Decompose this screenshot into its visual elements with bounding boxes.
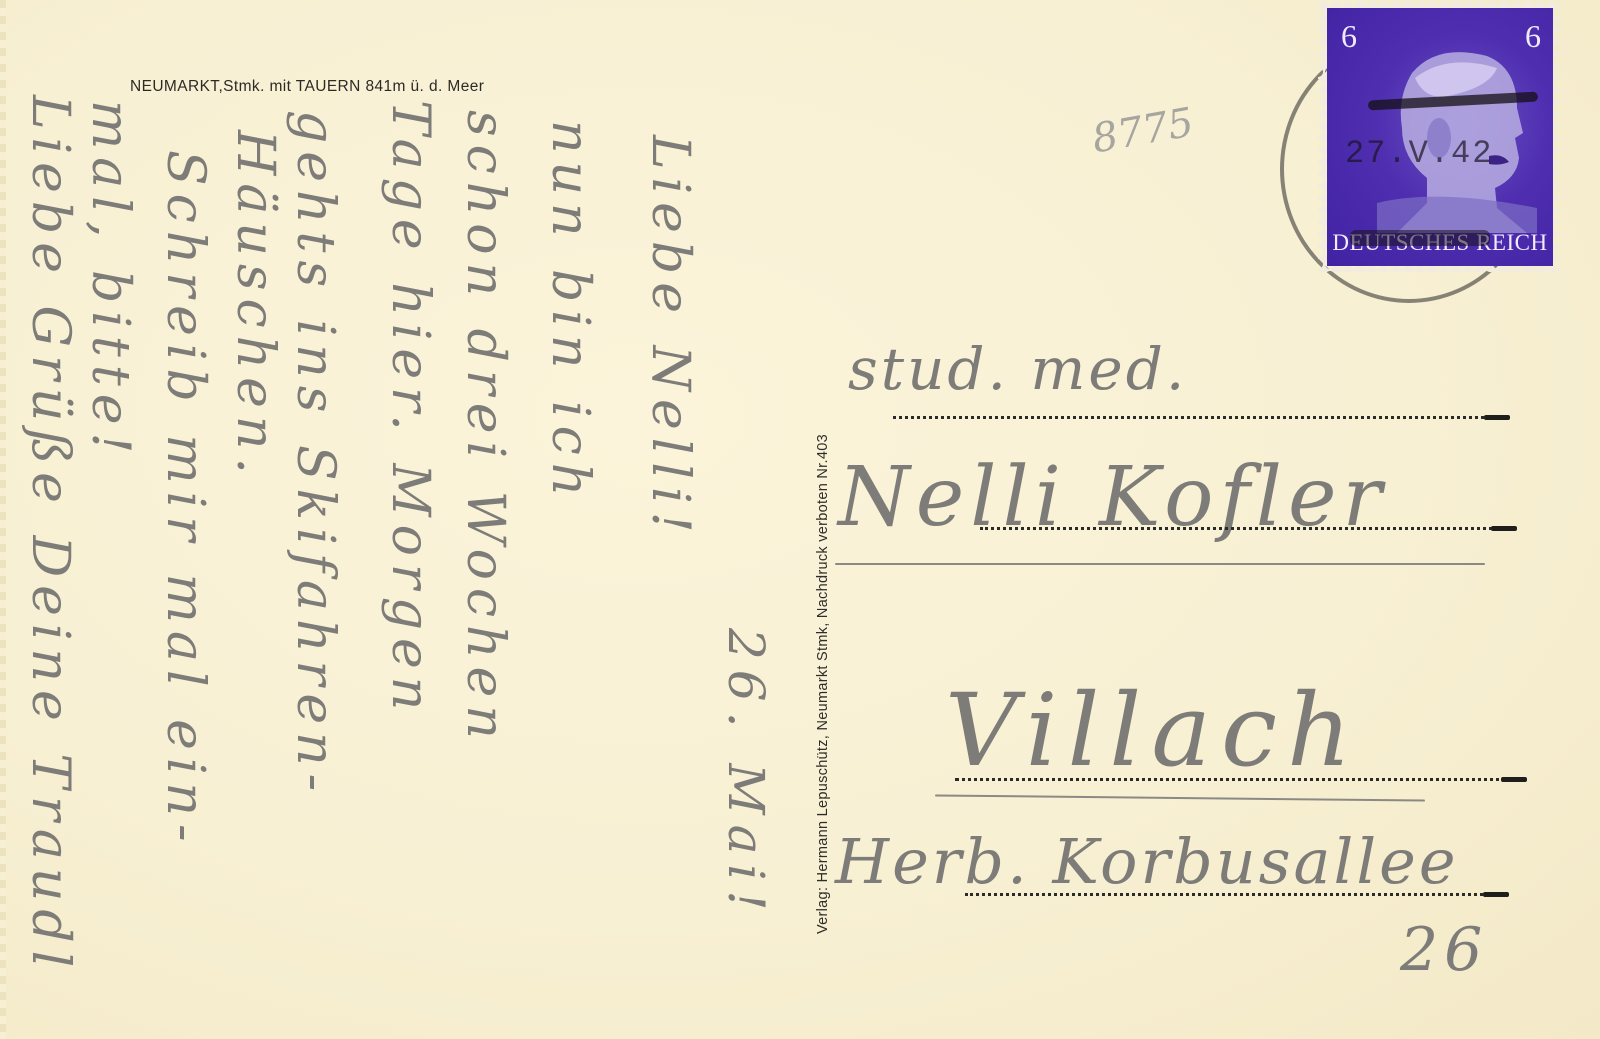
address-dotted-line (955, 778, 1525, 781)
postmark-date: 27.V.42 (1345, 135, 1493, 172)
address-city: Villach (945, 672, 1361, 789)
message-line: mal, bitte! (80, 100, 140, 461)
postmark-cancel-bar (1350, 230, 1490, 246)
publisher-imprint: Verlag: Hermann Lepuschütz, Neumarkt Stm… (815, 92, 839, 934)
message-line: gehts ins Skifahren- (285, 110, 345, 799)
archive-pencil-note: 8775 (1089, 100, 1197, 163)
postcard-back: NEUMARKT,Stmk. mit TAUERN 841m ü. d. Mee… (0, 0, 1600, 1039)
stamp-value-left: 6 (1341, 18, 1357, 55)
publisher-imprint-text: Verlag: Hermann Lepuschütz, Neumarkt Stm… (815, 92, 831, 934)
address-title: stud. med. (848, 335, 1187, 403)
message-line: Häuschen. (225, 130, 285, 482)
message-date: 26. Mai! (717, 628, 775, 921)
address-street: Herb. Korbusallee (835, 825, 1459, 898)
address-dotted-line (980, 527, 1515, 530)
city-underline (935, 794, 1425, 801)
message-line: nun bin ich (540, 120, 600, 504)
message-line: Tage hier. Morgen (380, 100, 440, 718)
address-dotted-line (965, 893, 1507, 896)
message-line: Liebe Grüße Deine Traudl (20, 95, 80, 975)
address-house-number: 26 (1400, 915, 1488, 985)
message-line: Liebe Nelli! (640, 135, 700, 541)
printed-location-header: NEUMARKT,Stmk. mit TAUERN 841m ü. d. Mee… (130, 78, 484, 96)
address-dotted-line (893, 416, 1508, 419)
message-line: schon drei Wochen (455, 110, 515, 747)
message-line: Schreib mir mal ein- (155, 150, 215, 850)
card-deckled-edge (0, 0, 6, 1039)
name-underline (835, 563, 1485, 565)
address-recipient-name: Nelli Kofler (838, 450, 1388, 545)
